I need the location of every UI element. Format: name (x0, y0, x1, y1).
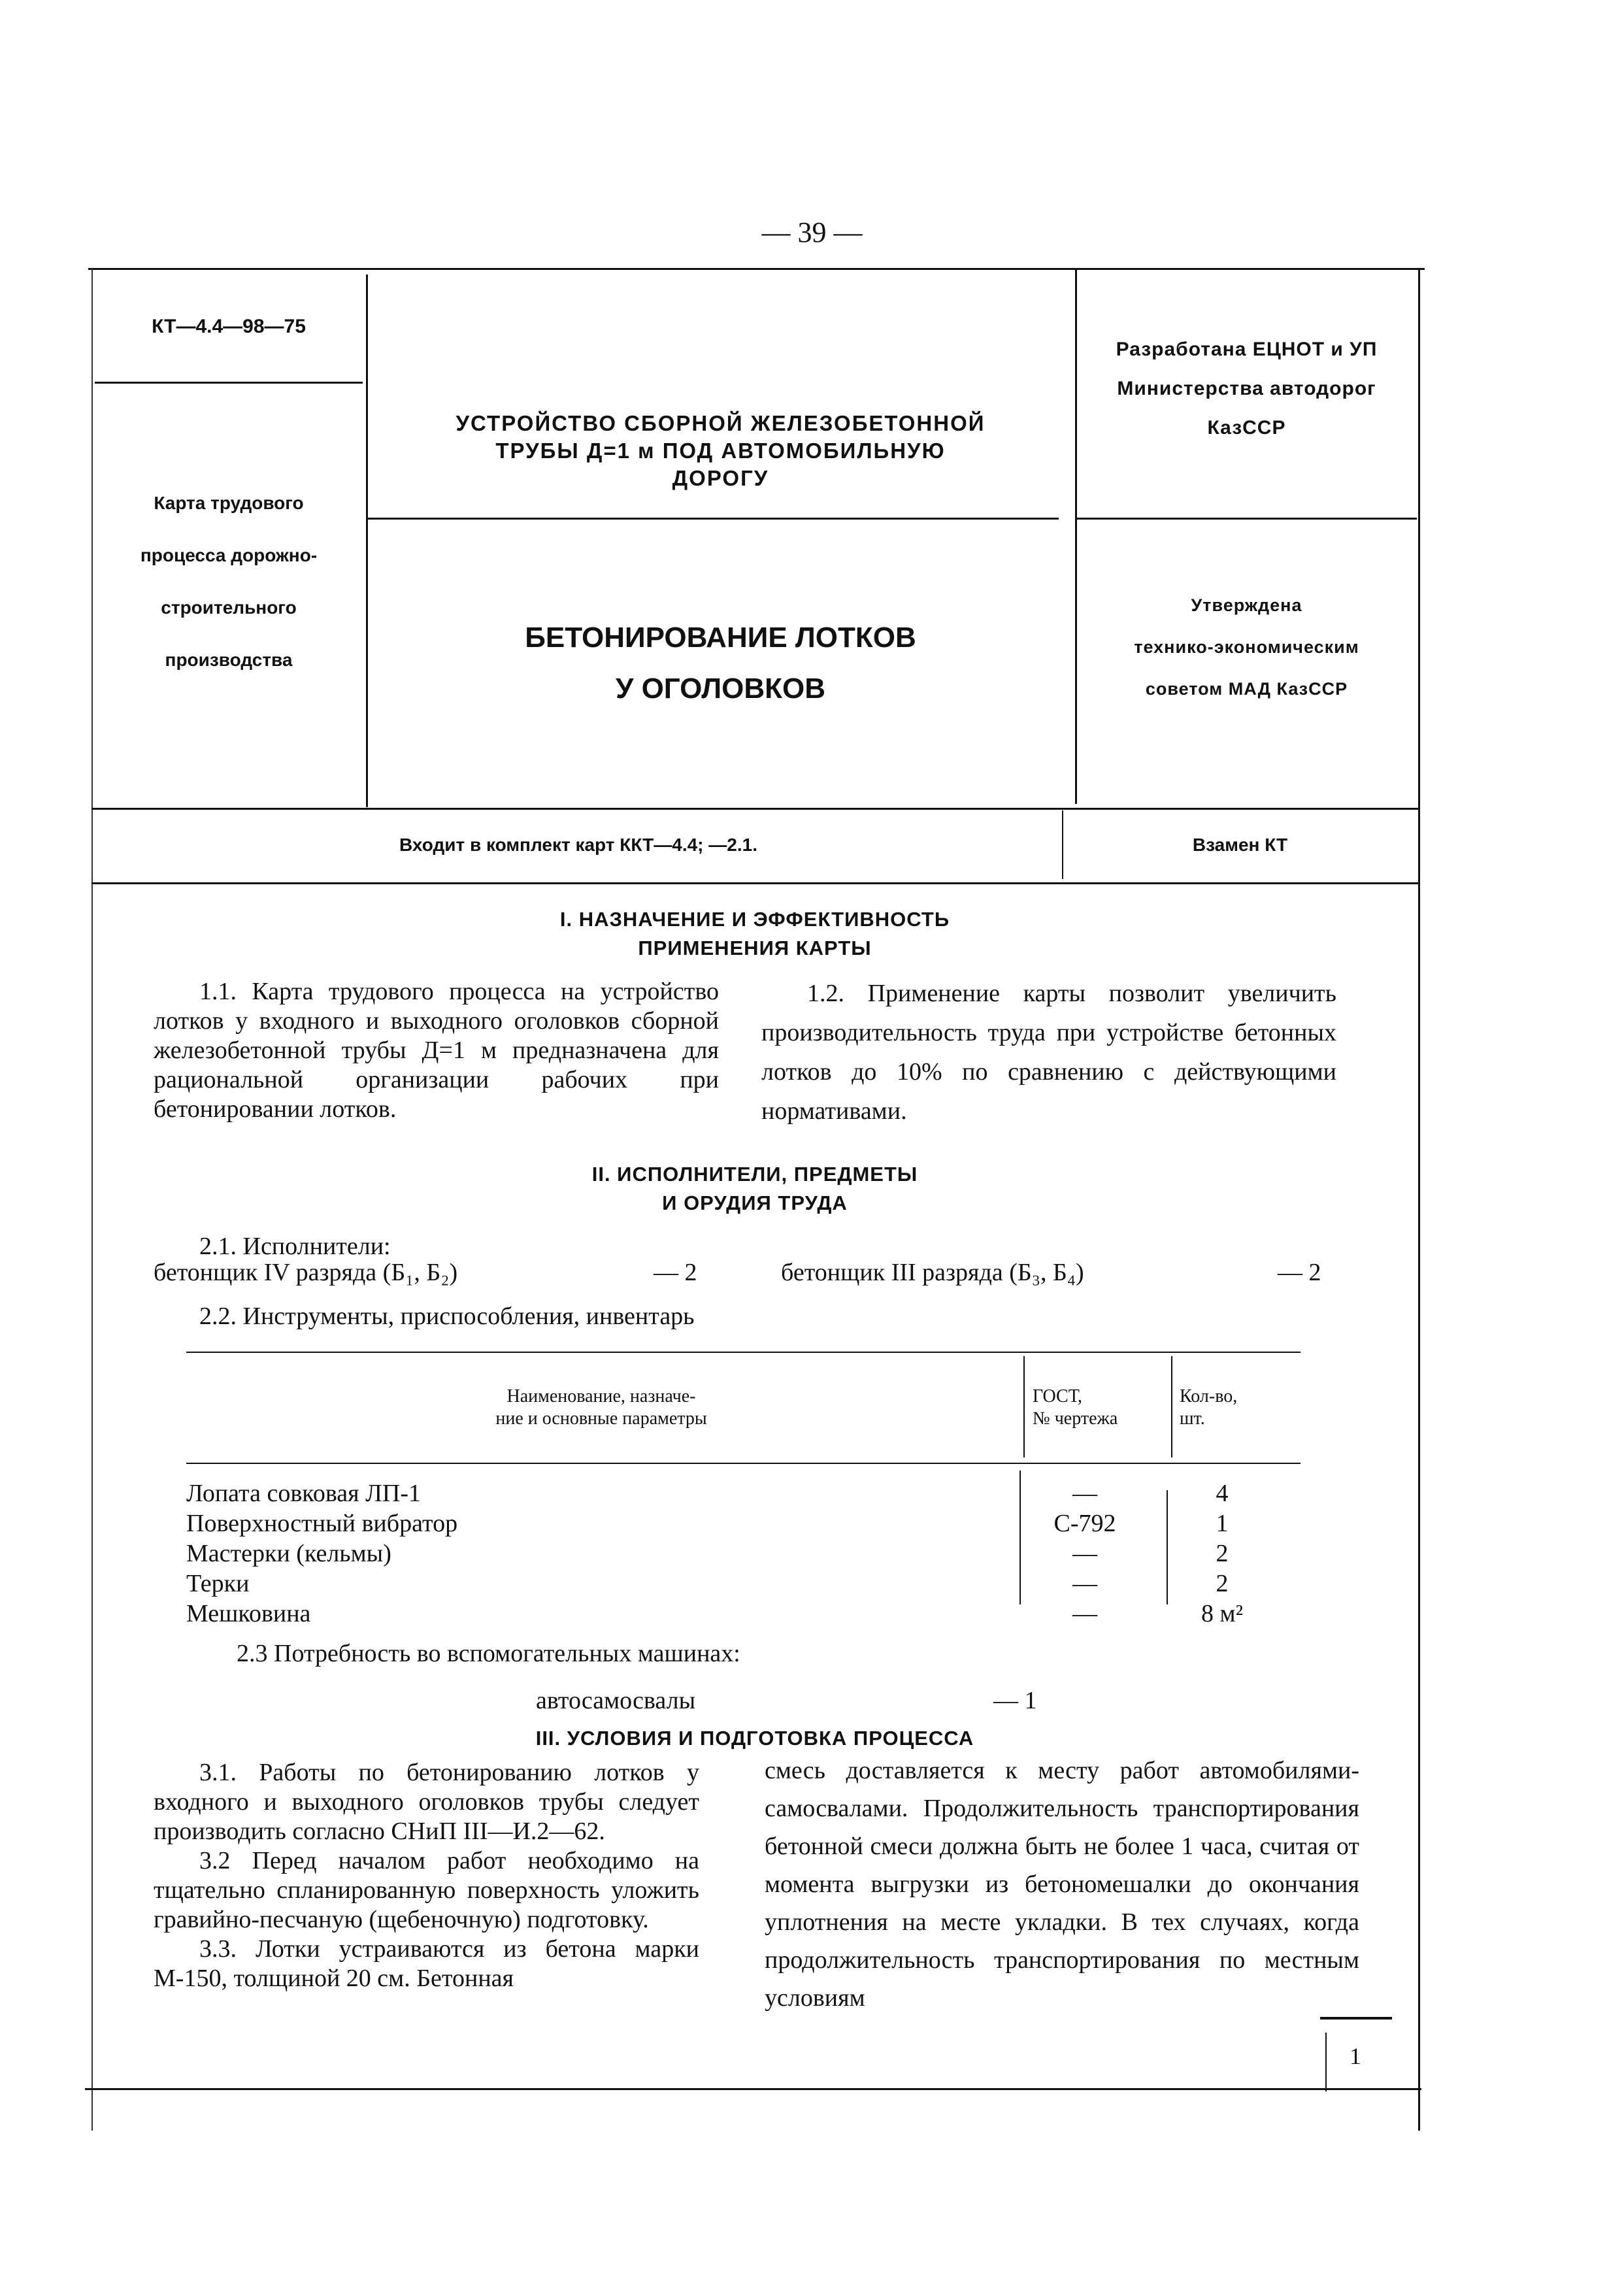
card-type: Карта трудового процесса дорожно- строит… (95, 471, 363, 693)
table-header-line: Наименование, назначе- (186, 1386, 1016, 1408)
paragraph-1-2: 1.2. Применение карты позволит увеличить… (761, 974, 1336, 1131)
tool-qty: 2 (1180, 1569, 1265, 1599)
card-type-line: производства (165, 634, 293, 686)
section3-title: III. УСЛОВИЯ И ПОДГОТОВКА ПРОЦЕССА (91, 1724, 1418, 1753)
table-header-bottom-line (186, 1463, 1301, 1464)
header-col2-divider (1075, 268, 1077, 804)
sub-title: БЕТОНИРОВАНИЕ ЛОТКОВ У ОГОЛОВКОВ (369, 575, 1072, 752)
table-row: Поверхностный вибраторС-7921 (186, 1508, 1301, 1538)
table-row: Мешковина—8 м² (186, 1599, 1301, 1629)
paragraph-2-2: 2.2. Инструменты, приспособления, инвент… (199, 1302, 695, 1331)
card-type-line: процесса дорожно- (141, 529, 317, 582)
approved-by-line: Утверждена (1191, 584, 1302, 626)
worker-count: — 2 (654, 1258, 697, 1287)
main-title-line: ТРУБЫ Д=1 м ПОД АВТОМОБИЛЬНУЮ (495, 437, 945, 465)
table-header-line: ГОСТ, (1033, 1386, 1170, 1408)
kit-info: Входит в комплект карт ККТ—4.4; —2.1. (95, 810, 1062, 879)
section1-title: I. НАЗНАЧЕНИЕ И ЭФФЕКТИВНОСТЬ ПРИМЕНЕНИЯ… (91, 905, 1418, 963)
section2-title-line: II. ИСПОЛНИТЕЛИ, ПРЕДМЕТЫ (91, 1160, 1418, 1189)
table-row: Терки—2 (186, 1569, 1301, 1599)
sub-title-line: У ОГОЛОВКОВ (616, 663, 825, 714)
table-row: Лопата совковая ЛП-1—4 (186, 1478, 1301, 1508)
frame-top-line (88, 268, 1425, 270)
tool-name: Поверхностный вибратор (186, 1508, 457, 1538)
tool-name: Мастерки (кельмы) (186, 1538, 391, 1569)
card-code: КТ—4.4—98—75 (95, 274, 363, 379)
paragraph-1-1: 1.1. Карта трудового процесса на устройс… (154, 977, 719, 1124)
tool-gost: — (1029, 1478, 1140, 1508)
frame-right-line (1418, 268, 1420, 2131)
sheet-number: 1 (1350, 2042, 1361, 2070)
kit-divider (1062, 810, 1063, 879)
section2-title: II. ИСПОЛНИТЕЛИ, ПРЕДМЕТЫ И ОРУДИЯ ТРУДА (91, 1160, 1418, 1218)
main-title: УСТРОЙСТВО СБОРНОЙ ЖЕЛЕЗОБЕТОННОЙ ТРУБЫ … (369, 386, 1072, 516)
tool-qty: 8 м² (1180, 1599, 1265, 1629)
worker-label: бетонщик IV разряда (Б₁, Б₂) (154, 1258, 457, 1287)
paragraph-3-1: 3.1. Работы по бетонированию лотков у вх… (154, 1758, 699, 1846)
developed-by: Разработана ЕЦНОТ и УП Министерства авто… (1078, 320, 1415, 457)
card-type-line: Карта трудового (154, 477, 303, 529)
table-row: Мастерки (кельмы)—2 (186, 1538, 1301, 1569)
tool-qty: 2 (1180, 1538, 1265, 1569)
sheet-box-top (1320, 2017, 1392, 2020)
developed-by-line: Разработана ЕЦНОТ и УП (1116, 330, 1378, 369)
machine-label: автосамосвалы (536, 1686, 695, 1715)
table-body: Лопата совковая ЛП-1—4Поверхностный вибр… (186, 1478, 1301, 1629)
kit-info-text: Входит в комплект карт ККТ—4.4; —2.1. (399, 835, 757, 856)
page-number: — 39 — (0, 216, 1624, 249)
developed-by-line: Министерства автодорог (1117, 369, 1376, 408)
paragraph-3-1-to-3-3: 3.1. Работы по бетонированию лотков у вх… (154, 1758, 699, 1993)
kit-bottom-line (91, 882, 1418, 884)
table-header-line: ние и основные параметры (186, 1408, 1016, 1430)
paragraph-2-3: 2.3 Потребность во вспомогательных машин… (237, 1639, 740, 1668)
tool-gost: — (1029, 1538, 1140, 1569)
paragraph-2-1: 2.1. Исполнители: (199, 1232, 391, 1261)
paragraph-3-3-continued: смесь доставляется к месту работ автомоб… (765, 1752, 1359, 2017)
header-code-divider (95, 382, 363, 384)
machine-count: — 1 (993, 1686, 1037, 1715)
sub-title-line: БЕТОНИРОВАНИЕ ЛОТКОВ (525, 612, 916, 663)
tool-name: Терки (186, 1569, 249, 1599)
tool-name: Лопата совковая ЛП-1 (186, 1478, 421, 1508)
table-header-line: шт. (1180, 1408, 1297, 1430)
replaces-info: Взамен КТ (1065, 810, 1415, 879)
replaces-info-text: Взамен КТ (1193, 835, 1287, 856)
section1-title-line: I. НАЗНАЧЕНИЕ И ЭФФЕКТИВНОСТЬ (91, 905, 1418, 934)
main-title-line: УСТРОЙСТВО СБОРНОЙ ЖЕЛЕЗОБЕТОННОЙ (456, 410, 986, 437)
tool-gost: — (1029, 1599, 1140, 1629)
worker-label: бетонщик III разряда (Б₃, Б₄) (781, 1258, 1084, 1287)
approved-by-line: технико-экономическим (1134, 626, 1359, 668)
header-bottom-line (91, 808, 1418, 810)
header-mid-divider (366, 518, 1059, 520)
developed-by-line: КазССР (1208, 408, 1286, 448)
main-title-line: ДОРОГУ (672, 465, 769, 492)
tool-gost: — (1029, 1569, 1140, 1599)
tool-qty: 1 (1180, 1508, 1265, 1538)
approved-by-line: советом МАД КазССР (1146, 668, 1348, 710)
tool-name: Мешковина (186, 1599, 310, 1629)
table-header-line: № чертежа (1033, 1408, 1170, 1430)
frame-bottom-line (85, 2088, 1421, 2090)
table-top-line (186, 1352, 1301, 1353)
table-header-name: Наименование, назначе- ние и основные па… (186, 1386, 1016, 1430)
paragraph-3-2: 3.2 Перед началом работ необходимо на тщ… (154, 1846, 699, 1935)
tool-gost: С-792 (1029, 1508, 1140, 1538)
card-type-line: строительного (161, 582, 296, 634)
table-header-line: Кол-во, (1180, 1386, 1297, 1408)
table-header-gost: ГОСТ, № чертежа (1033, 1386, 1170, 1430)
sheet-box-left (1325, 2033, 1327, 2091)
table-header-qty: Кол-во, шт. (1180, 1386, 1297, 1430)
header-col1-divider (366, 274, 368, 807)
section2-title-line: И ОРУДИЯ ТРУДА (91, 1189, 1418, 1218)
approved-by: Утверждена технико-экономическим советом… (1078, 575, 1415, 719)
table-col-divider-1 (1023, 1356, 1025, 1457)
header-right-divider (1077, 518, 1417, 520)
paragraph-3-3: 3.3. Лотки устраиваются из бетона марки … (154, 1935, 699, 1993)
card-code-text: КТ—4.4—98—75 (152, 316, 306, 338)
table-col-divider-2 (1171, 1356, 1172, 1457)
tool-qty: 4 (1180, 1478, 1265, 1508)
section1-title-line: ПРИМЕНЕНИЯ КАРТЫ (91, 934, 1418, 963)
worker-count: — 2 (1278, 1258, 1321, 1287)
